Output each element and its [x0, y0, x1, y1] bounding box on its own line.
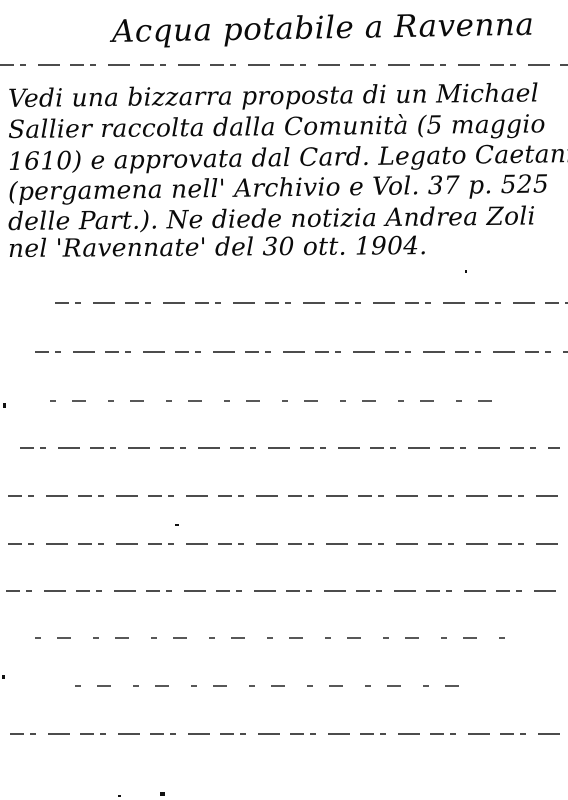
ruled-line — [10, 733, 568, 735]
body-line-2: Sallier raccolta dalla Comunità (5 maggi… — [8, 109, 568, 144]
ruled-line — [55, 302, 568, 304]
ink-speck — [465, 270, 467, 273]
ruled-line — [75, 685, 475, 687]
ruled-line — [6, 590, 566, 592]
ruled-line — [20, 447, 560, 449]
ink-speck — [2, 675, 5, 679]
ruled-line — [8, 495, 560, 497]
body-line-6: nel 'Ravennate' del 30 ott. 1904. — [8, 230, 568, 263]
ruled-line — [8, 543, 568, 545]
card-title: Acqua potabile a Ravenna — [112, 7, 533, 50]
ruled-line — [35, 351, 568, 353]
ink-speck — [160, 792, 165, 796]
ink-speck — [175, 524, 179, 526]
ruled-line — [50, 400, 510, 402]
ruled-line — [35, 637, 505, 639]
body-line-1: Vedi una bizzarra proposta di un Michael — [8, 78, 568, 113]
index-card: Acqua potabile a Ravenna Vedi una bizzar… — [0, 0, 568, 800]
ruled-line — [0, 64, 568, 66]
ink-speck — [3, 403, 6, 408]
ink-speck — [118, 795, 121, 797]
